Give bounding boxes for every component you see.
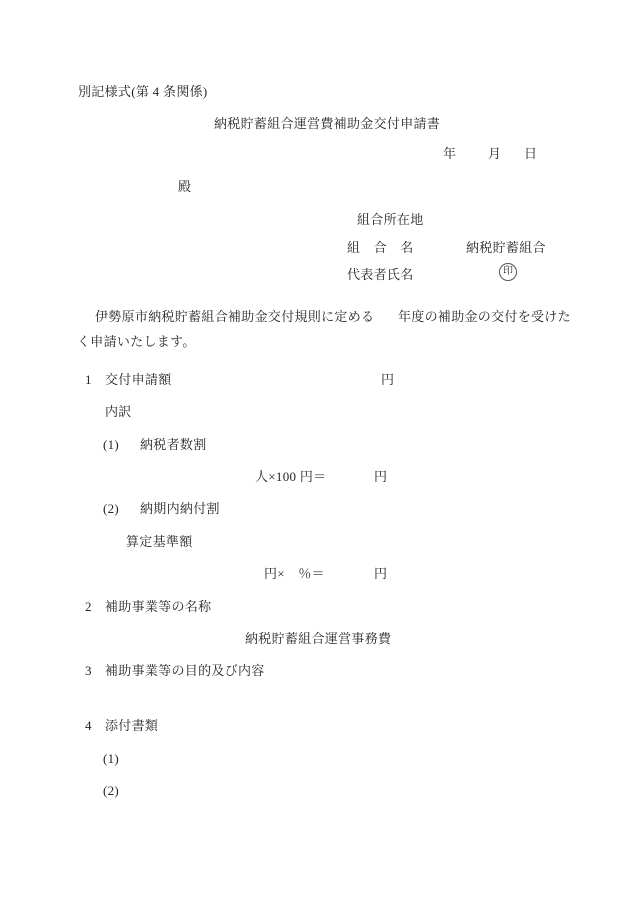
date-month-label: 月: [488, 146, 501, 162]
item3-number: 3: [85, 663, 92, 679]
body-text-line1-after-blank: 年度の補助金の交付を受けた: [398, 309, 571, 325]
calculation-base-label: 算定基準額: [126, 534, 193, 550]
date-day-label: 日: [524, 146, 537, 162]
form-style-label: 別記様式(第 4 条関係): [78, 84, 208, 100]
item1-label-application-amount: 交付申請額: [105, 372, 172, 388]
addressee-suffix: 殿: [178, 179, 191, 195]
item4-label-attached-documents: 添付書類: [105, 718, 158, 734]
item2-number: 2: [85, 599, 92, 615]
org-address-label: 組合所在地: [357, 212, 424, 228]
org-name-value: 納税貯蓄組合: [466, 240, 546, 256]
item3-label-purpose-and-content: 補助事業等の目的及び内容: [105, 663, 265, 679]
item1-yen-unit: 円: [381, 372, 394, 388]
sub-item2-number: (2): [103, 501, 119, 517]
seal-mark-icon: 印: [499, 263, 517, 281]
sub-item1-label-taxpayer-count: 納税者数割: [140, 437, 207, 453]
breakdown-label: 内訳: [105, 404, 132, 420]
formula1-expression: 人×100 円＝: [255, 469, 326, 485]
sub-item1-number: (1): [103, 437, 119, 453]
item2-label-project-name: 補助事業等の名称: [105, 599, 211, 615]
item2-value-operating-expenses: 納税貯蓄組合運営事務費: [245, 631, 391, 647]
formula2-yen-unit: 円: [374, 566, 387, 582]
formula2-expression: 円× ％＝: [264, 566, 325, 582]
item4-number: 4: [85, 718, 92, 734]
item1-number: 1: [85, 372, 92, 388]
formula1-yen-unit: 円: [374, 469, 387, 485]
attachment1-number: (1): [103, 751, 119, 767]
org-name-label: 組 合 名: [347, 240, 414, 256]
sub-item2-label-on-time-payment: 納期内納付割: [140, 501, 220, 517]
body-text-line1-before-blank: 伊勢原市納税貯蓄組合補助金交付規則に定める: [95, 309, 374, 325]
attachment2-number: (2): [103, 783, 119, 799]
document-title: 納税貯蓄組合運営費補助金交付申請書: [214, 116, 440, 132]
document-page: 別記様式(第 4 条関係) 納税貯蓄組合運営費補助金交付申請書 年 月 日 殿 …: [0, 0, 630, 915]
representative-name-label: 代表者氏名: [347, 267, 414, 283]
body-text-line2: く申請いたします。: [77, 334, 196, 350]
date-year-label: 年: [443, 146, 456, 162]
